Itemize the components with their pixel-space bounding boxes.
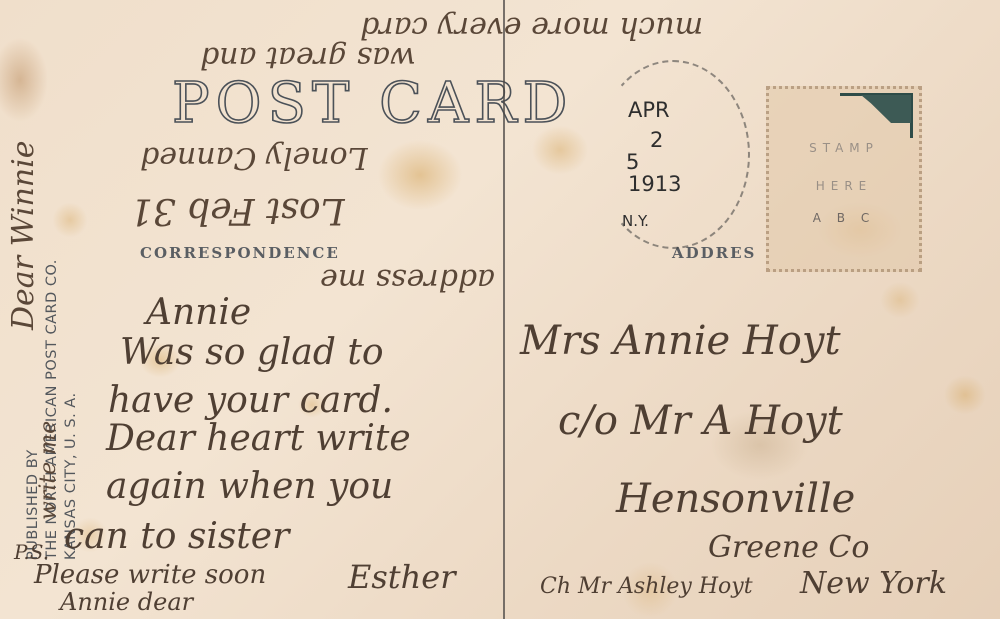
message-line: Annie: [146, 292, 251, 333]
publisher-line: KANSAS CITY, U. S. A.: [62, 259, 81, 560]
postcard-title: POST CARD: [172, 76, 573, 132]
stamp-text: STAMP: [769, 141, 919, 155]
message-line: again when you: [106, 466, 393, 507]
correspondence-label: CORRESPONDENCE: [140, 244, 340, 262]
address-line: Greene Co: [708, 530, 869, 565]
center-divider-line: [503, 0, 505, 619]
address-line: Hensonville: [616, 476, 855, 522]
address-line: Mrs Annie Hoyt: [520, 318, 841, 364]
handwriting-upside-down: Lost Feb 31: [130, 190, 345, 231]
postmark-year: 1913: [628, 172, 681, 196]
address-line: New York: [800, 566, 947, 601]
handwriting-sideways: Dear Winnie: [6, 141, 41, 330]
handwriting-upside-down: address me: [320, 262, 495, 297]
postscript-line: Please write soon: [34, 560, 266, 590]
postscript-line: Annie dear: [60, 588, 193, 616]
stamp-box: STAMP HERE A B C: [766, 86, 922, 272]
message-line: Dear heart write: [106, 418, 411, 459]
stamp-text: HERE: [769, 179, 919, 193]
address-note: Ch Mr Ashley Hoyt: [540, 574, 753, 599]
postmark-circle: [596, 60, 750, 249]
postmark-state: N.Y.: [622, 212, 649, 230]
postmark-day: 2: [650, 128, 663, 152]
message-line: can to sister: [64, 516, 289, 557]
postcard: POST CARD CORRESPONDENCE ADDRES PUBLISHE…: [0, 0, 1000, 619]
handwriting-sideways: write me: [36, 421, 61, 520]
postmark-month: APR: [628, 98, 670, 122]
message-line: Was so glad to: [120, 332, 384, 373]
address-line: c/o Mr A Hoyt: [558, 398, 843, 444]
signature: Esther: [348, 558, 455, 596]
handwriting-upside-down: was great and: [200, 40, 416, 75]
postmark-hour: 5: [626, 150, 639, 174]
message-line: have your card.: [108, 380, 393, 421]
stamp-text: A B C: [769, 211, 919, 225]
handwriting-upside-down: Lonely Canned: [140, 140, 368, 175]
